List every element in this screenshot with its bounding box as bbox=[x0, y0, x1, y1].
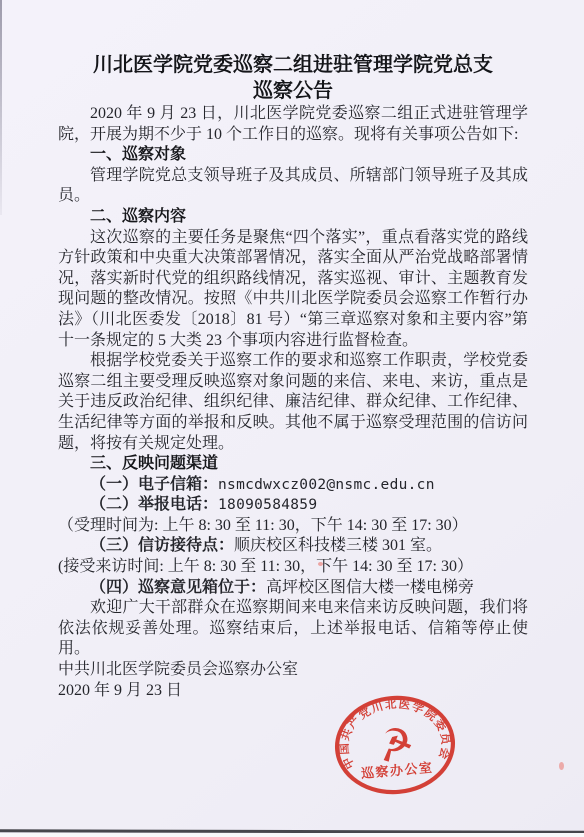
closing-paragraph: 欢迎广大干部群众在巡察期间来电来信来访反映问题，我们将依法依规妥善处理。巡察结束… bbox=[58, 598, 528, 660]
section-3-heading: 三、反映问题渠道 bbox=[58, 454, 528, 475]
ink-speck bbox=[318, 562, 323, 566]
channel-phone-label: （二）举报电话： bbox=[90, 496, 218, 513]
signature-office: 中共川北医学院委员会巡察办公室 bbox=[58, 660, 528, 681]
channel-visit-point-label: （三）信访接待点： bbox=[90, 537, 234, 554]
channel-suggestion-box-value: 高坪校区图信大楼一楼电梯旁 bbox=[266, 579, 474, 596]
section-2-paragraph-2: 根据学校党委关于巡察工作的要求和巡察工作职责，学校党委巡察二组主要受理反映巡察对… bbox=[58, 351, 528, 454]
section-2-heading: 二、巡察内容 bbox=[58, 207, 528, 228]
scan-edge-artifact bbox=[0, 0, 2, 215]
scanned-document-page: 川北医学院党委巡察二组进驻管理学院党总支 巡察公告 2020 年 9 月 23 … bbox=[0, 0, 584, 837]
scan-background-strip bbox=[0, 833, 584, 837]
seal-office-text: 巡察办公室 bbox=[359, 760, 434, 781]
channel-phone-value: 18090584859 bbox=[218, 497, 317, 513]
channel-email: （一）电子信箱：nsmcdwxcz002@nsmc.edu.cn bbox=[58, 475, 528, 496]
channel-email-value: nsmcdwxcz002@nsmc.edu.cn bbox=[218, 477, 435, 493]
channel-phone-hours: （受理时间为: 上午 8: 30 至 11: 30，下午 14: 30 至 17… bbox=[58, 516, 528, 537]
title-line-1: 川北医学院党委巡察二组进驻管理学院党总支 bbox=[93, 54, 493, 76]
channel-suggestion-box-label: （四）巡察意见箱位于： bbox=[90, 579, 266, 596]
page-title: 川北医学院党委巡察二组进驻管理学院党总支 巡察公告 bbox=[58, 52, 528, 104]
intro-paragraph: 2020 年 9 月 23 日，川北医学院党委巡察二组正式进驻管理学院，开展为期… bbox=[58, 104, 528, 145]
section-2-paragraph-1: 这次巡察的主要任务是聚焦“四个落实”，重点看落实党的路线方针政策和中央重大决策部… bbox=[58, 228, 528, 352]
channel-visit-hours: (接受来访时间: 上午 8: 30 至 11: 30，下午 14: 30 至 1… bbox=[58, 557, 528, 578]
channel-email-label: （一）电子信箱： bbox=[90, 476, 218, 493]
section-1-heading: 一、巡察对象 bbox=[58, 145, 528, 166]
official-seal: 中国共产党川北医学院委员会 ☭ 巡察办公室 bbox=[331, 692, 465, 804]
document-content: 川北医学院党委巡察二组进驻管理学院党总支 巡察公告 2020 年 9 月 23 … bbox=[58, 52, 528, 701]
channel-visit-point-value: 顺庆校区科技楼三楼 301 室。 bbox=[234, 537, 442, 554]
channel-suggestion-box: （四）巡察意见箱位于：高坪校区图信大楼一楼电梯旁 bbox=[58, 578, 528, 599]
channel-visit-point: （三）信访接待点：顺庆校区科技楼三楼 301 室。 bbox=[58, 536, 528, 557]
section-1-body: 管理学院党总支领导班子及其成员、所辖部门领导班子及其成员。 bbox=[58, 166, 528, 207]
title-line-2: 巡察公告 bbox=[253, 80, 333, 102]
channel-phone: （二）举报电话：18090584859 bbox=[58, 495, 528, 516]
ink-speck bbox=[559, 762, 564, 770]
